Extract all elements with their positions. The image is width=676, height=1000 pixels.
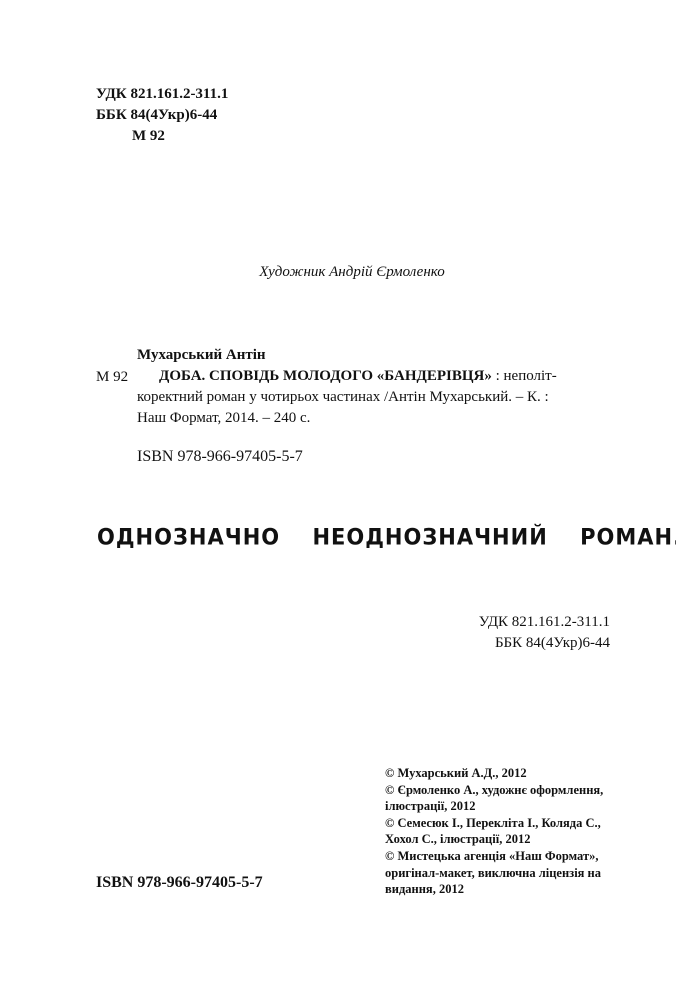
classification-block-right: УДК 821.161.2-311.1 ББК 84(4Укр)6-44 [479,612,610,654]
bbk-code-right: ББК 84(4Укр)6-44 [479,633,610,654]
bib-author: Мухарський Антін [137,345,607,366]
slogan: ОДНОЗНАЧНО НЕОДНОЗНАЧНИЙ РОМАН. [97,524,612,549]
copyright-notices: © Мухарський А.Д., 2012 © Єрмоленко А., … [385,765,620,898]
bib-title: ДОБА. СПОВІДЬ МОЛОДОГО «БАНДЕРІВЦЯ» [159,368,492,384]
copyright-line: © Семесюк І., Перекліта І., Коляда С., Х… [385,815,620,848]
author-mark: М 92 [96,126,228,147]
bib-line-2: коректний роман у чотирьох частинах /Ант… [137,387,607,408]
bottom-isbn: ISBN 978-966-97405-5-7 [96,874,263,892]
bibliographic-entry: Мухарський Антін ДОБА. СПОВІДЬ МОЛОДОГО … [137,345,607,429]
artist-credit: Художник Андрій Єрмоленко [0,264,676,281]
udk-code-right: УДК 821.161.2-311.1 [479,612,610,633]
copyright-line: © Мистецька агенція «Наш Формат», оригін… [385,848,620,898]
bib-line-3: Наш Формат, 2014. – 240 с. [137,408,607,429]
copyright-line: © Мухарський А.Д., 2012 [385,765,620,782]
copyright-line: © Єрмоленко А., художнє оформлення, ілюс… [385,782,620,815]
bib-author-mark: М 92 [96,369,128,386]
classification-block-top: УДК 821.161.2-311.1 ББК 84(4Укр)6-44 М 9… [96,84,228,147]
udk-code: УДК 821.161.2-311.1 [96,84,228,105]
bib-title-line: ДОБА. СПОВІДЬ МОЛОДОГО «БАНДЕРІВЦЯ» : не… [137,366,607,387]
bib-isbn: ISBN 978-966-97405-5-7 [137,448,303,466]
bib-subtitle: : неполіт- [492,368,557,384]
bbk-code: ББК 84(4Укр)6-44 [96,105,228,126]
